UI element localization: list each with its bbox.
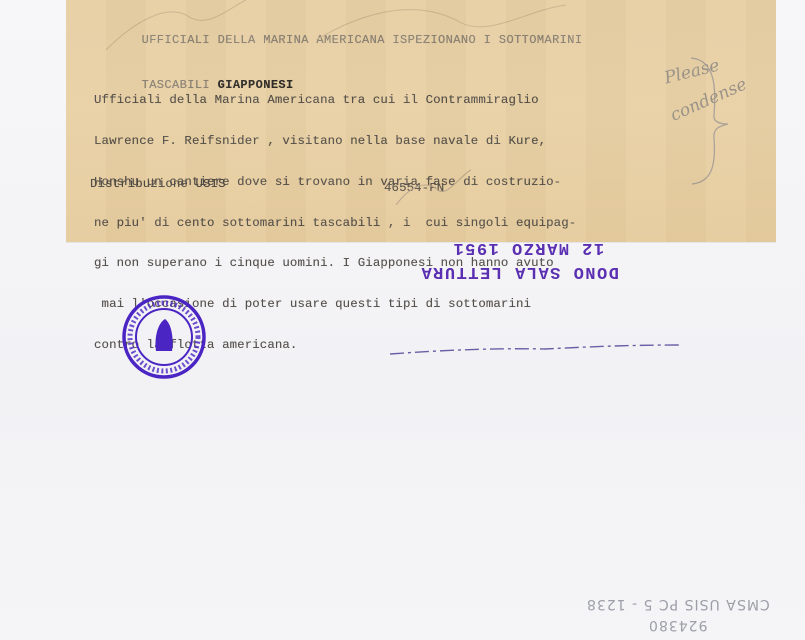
date-stamp: 12 MARZO 1951 bbox=[452, 238, 604, 257]
ink-line-icon bbox=[385, 340, 685, 360]
archive-code: CMSA USIS PC 5 - 1238 bbox=[586, 596, 770, 612]
pencil-scribble-icon bbox=[66, 0, 776, 242]
donation-stamp: DONO SALA LETTURA bbox=[420, 262, 619, 281]
archive-number: 924380 bbox=[648, 617, 707, 633]
caption-slip: UFFICIALI DELLA MARINA AMERICANA ISPEZIO… bbox=[66, 0, 776, 242]
photo-back-sheet: UFFICIALI DELLA MARINA AMERICANA ISPEZIO… bbox=[0, 0, 805, 640]
library-seal-icon bbox=[120, 293, 208, 381]
